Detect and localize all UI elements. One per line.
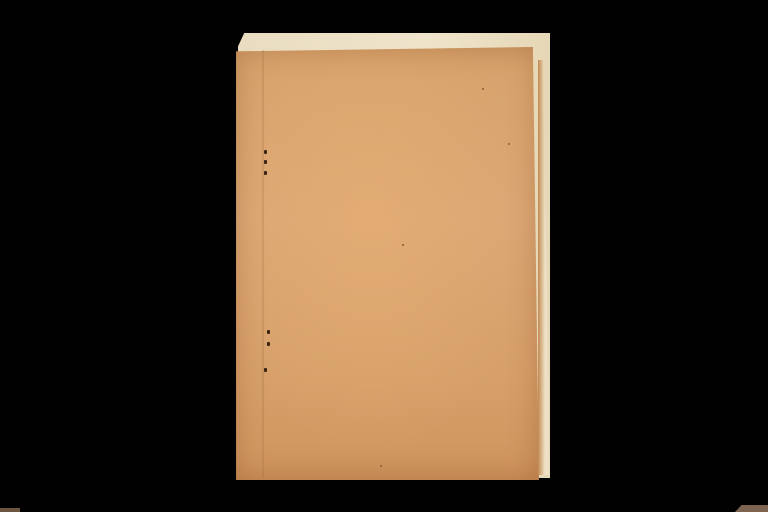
paper-speck [508,143,510,145]
paper-speck [380,465,382,467]
background-object [0,508,20,512]
staple-hole [267,330,270,334]
staple-hole [264,171,267,175]
paper-speck [402,244,404,246]
photo-background [0,0,768,512]
staple-hole [264,368,267,372]
background-object [735,505,768,512]
staple-hole [264,160,267,164]
document-cover [233,47,539,480]
staple-hole [264,150,267,154]
staple-hole [267,342,270,346]
paper-speck [482,88,484,90]
cover-fold-line [262,50,264,478]
